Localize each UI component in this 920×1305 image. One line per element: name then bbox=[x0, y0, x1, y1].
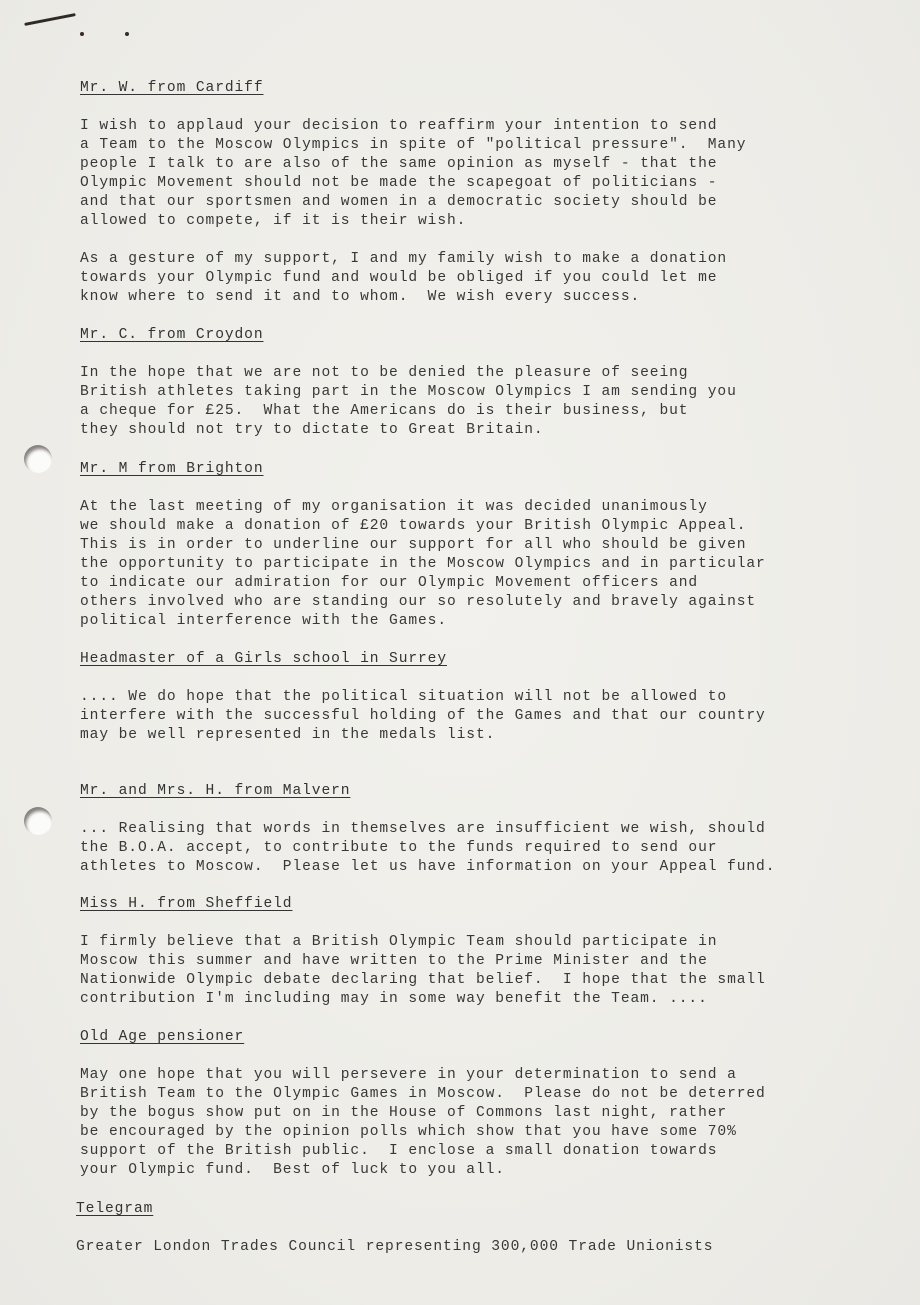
section-heading: Miss H. from Sheffield bbox=[80, 894, 292, 914]
section-text: ... Realising that words in themselves a… bbox=[80, 820, 775, 877]
section-pensioner: Old Age pensioner May one hope that you … bbox=[80, 1027, 766, 1180]
section-heading: Headmaster of a Girls school in Surrey bbox=[80, 649, 447, 669]
section-heading: Mr. C. from Croydon bbox=[80, 325, 264, 345]
section-text: In the hope that we are not to be denied… bbox=[80, 364, 737, 440]
ink-dot bbox=[80, 32, 84, 36]
section-heading: Telegram bbox=[76, 1199, 153, 1219]
section-croydon: Mr. C. from Croydon In the hope that we … bbox=[80, 325, 737, 440]
section-heading: Old Age pensioner bbox=[80, 1027, 244, 1047]
section-text: I firmly believe that a British Olympic … bbox=[80, 933, 766, 1009]
pen-mark bbox=[24, 13, 76, 26]
section-telegram: Telegram Greater London Trades Council r… bbox=[76, 1199, 713, 1257]
section-text: May one hope that you will persevere in … bbox=[80, 1066, 766, 1180]
section-text: Greater London Trades Council representi… bbox=[76, 1238, 713, 1257]
section-cardiff: Mr. W. from Cardiff I wish to applaud yo… bbox=[80, 78, 746, 307]
section-brighton: Mr. M from Brighton At the last meeting … bbox=[80, 459, 766, 631]
ink-dot bbox=[125, 32, 129, 36]
punch-hole-bottom bbox=[24, 807, 52, 835]
section-sheffield: Miss H. from Sheffield I firmly believe … bbox=[80, 894, 766, 1009]
scanned-document-page: Mr. W. from Cardiff I wish to applaud yo… bbox=[0, 0, 920, 1305]
section-heading: Mr. M from Brighton bbox=[80, 459, 264, 479]
section-surrey: Headmaster of a Girls school in Surrey .… bbox=[80, 649, 766, 745]
punch-hole-top bbox=[24, 445, 52, 473]
section-text: At the last meeting of my organisation i… bbox=[80, 498, 766, 631]
section-malvern: Mr. and Mrs. H. from Malvern ... Realisi… bbox=[80, 781, 775, 877]
section-heading: Mr. W. from Cardiff bbox=[80, 78, 264, 98]
section-text: I wish to applaud your decision to reaff… bbox=[80, 117, 746, 307]
section-text: .... We do hope that the political situa… bbox=[80, 688, 766, 745]
section-heading: Mr. and Mrs. H. from Malvern bbox=[80, 781, 350, 801]
